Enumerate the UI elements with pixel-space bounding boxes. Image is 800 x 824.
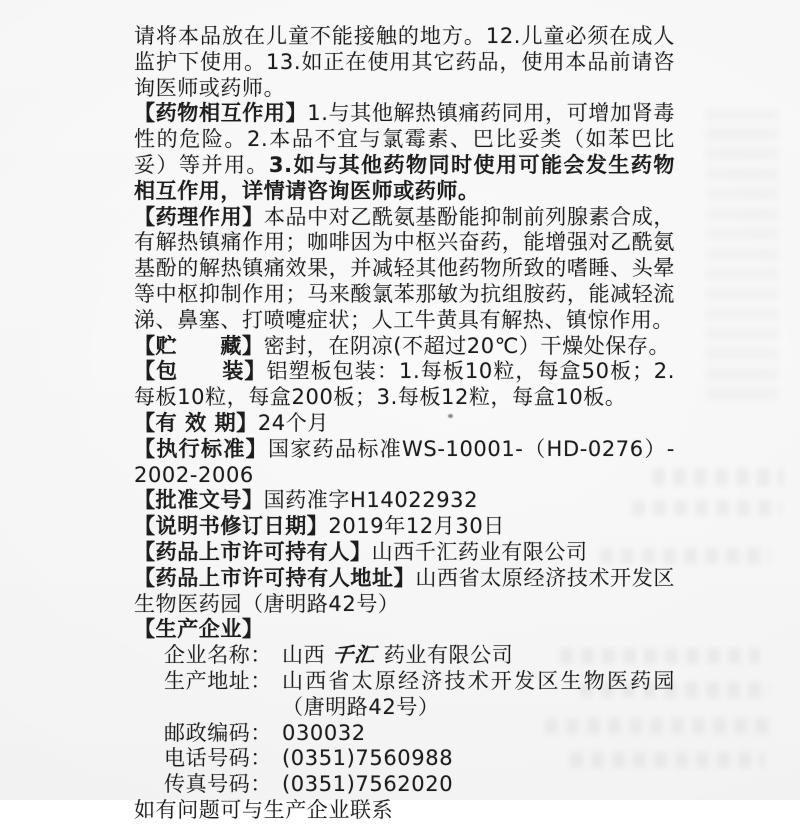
intro-warning-paragraph: 请将本品放在儿童不能接触的地方。12.儿童必须在成人监护下使用。13.如正在使用… <box>134 24 675 101</box>
section-label-mah-address: 【药品上市许可持有人地址】 <box>134 566 415 590</box>
validity-text: 24个月 <box>258 411 329 435</box>
manufacturer-name-prefix: 山西 <box>282 643 332 667</box>
section-label-approval-number: 【批准文号】 <box>134 488 264 512</box>
approval-number-text: 国药准字H14022932 <box>264 488 478 512</box>
phone-row: 电话号码： (0351)7560988 <box>134 746 675 772</box>
manufacturer-address-value: 山西省太原经济技术开发区生物医药园（唐明路42号） <box>282 669 675 721</box>
section-pharmacology: 【药理作用】本品中对乙酰氨基酚能抑制前列腺素合成，有解热镇痛作用；咖啡因为中枢兴… <box>134 205 675 334</box>
manufacturer-address-label: 生产地址： <box>164 669 282 721</box>
qianhui-logo-text: 千汇 <box>331 644 378 669</box>
manufacturer-address-row: 生产地址： 山西省太原经济技术开发区生物医药园（唐明路42号） <box>134 669 675 721</box>
section-label-storage: 【贮 藏】 <box>134 334 264 358</box>
leaflet-paper: 请将本品放在儿童不能接触的地方。12.儿童必须在成人监护下使用。13.如正在使用… <box>0 0 800 800</box>
section-drug-interactions: 【药物相互作用】1.与其他解热镇痛药同用，可增加肾毒性的危险。2.本品不宜与氯霉… <box>134 101 675 204</box>
leaflet-text-column: 请将本品放在儿童不能接触的地方。12.儿童必须在成人监护下使用。13.如正在使用… <box>134 24 675 800</box>
section-label-drug-interactions: 【药物相互作用】 <box>134 101 307 125</box>
mah-text: 山西千汇药业有限公司 <box>372 540 588 564</box>
manufacturer-name-row: 企业名称： 山西 千汇 药业有限公司 <box>134 643 675 669</box>
postcode-row: 邮政编码： 030032 <box>134 721 675 747</box>
section-label-standard: 【执行标准】 <box>134 437 268 461</box>
section-label-pharmacology: 【药理作用】 <box>134 205 264 229</box>
section-approval-number: 【批准文号】国药准字H14022932 <box>134 488 675 514</box>
fax-label: 传真号码： <box>164 772 282 798</box>
section-storage: 【贮 藏】密封，在阴凉(不超过20℃）干燥处保存。 <box>134 334 675 360</box>
section-standard: 【执行标准】国家药品标准WS-10001-（HD-0276）-2002-2006 <box>134 437 675 489</box>
section-mah: 【药品上市许可持有人】山西千汇药业有限公司 <box>134 540 675 566</box>
phone-value: (0351)7560988 <box>282 746 675 772</box>
section-label-manufacturer: 【生产企业】 <box>134 617 264 641</box>
showthrough-smudge <box>706 110 778 400</box>
section-revision-date: 【说明书修订日期】2019年12月30日 <box>134 514 675 540</box>
manufacturer-name-value: 山西 千汇 药业有限公司 <box>282 643 675 669</box>
fax-row: 传真号码： (0351)7562020 <box>134 772 675 798</box>
section-packaging: 【包 装】铝塑板包装：1.每板10粒，每盒50板；2.每板10粒，每盒200板；… <box>134 359 675 411</box>
intro-warning-text: 请将本品放在儿童不能接触的地方。12.儿童必须在成人监护下使用。13.如正在使用… <box>134 24 675 100</box>
section-label-validity: 【有 效 期】 <box>134 411 258 435</box>
fax-value: (0351)7562020 <box>282 772 675 798</box>
manufacturer-name-label: 企业名称： <box>164 643 282 669</box>
manufacturer-name-suffix: 药业有限公司 <box>376 643 513 667</box>
section-label-revision-date: 【说明书修订日期】 <box>134 514 328 538</box>
section-mah-address: 【药品上市许可持有人地址】山西省太原经济技术开发区生物医药园（唐明路42号） <box>134 566 675 618</box>
storage-text: 密封，在阴凉(不超过20℃）干燥处保存。 <box>264 334 671 358</box>
section-label-packaging: 【包 装】 <box>134 359 267 383</box>
revision-date-text: 2019年12月30日 <box>328 514 505 538</box>
phone-label: 电话号码： <box>164 746 282 772</box>
postcode-value: 030032 <box>282 721 675 747</box>
section-label-mah: 【药品上市许可持有人】 <box>134 540 372 564</box>
postcode-label: 邮政编码： <box>164 721 282 747</box>
section-manufacturer-header: 【生产企业】 <box>134 617 675 643</box>
section-validity: 【有 效 期】24个月 <box>134 411 675 437</box>
